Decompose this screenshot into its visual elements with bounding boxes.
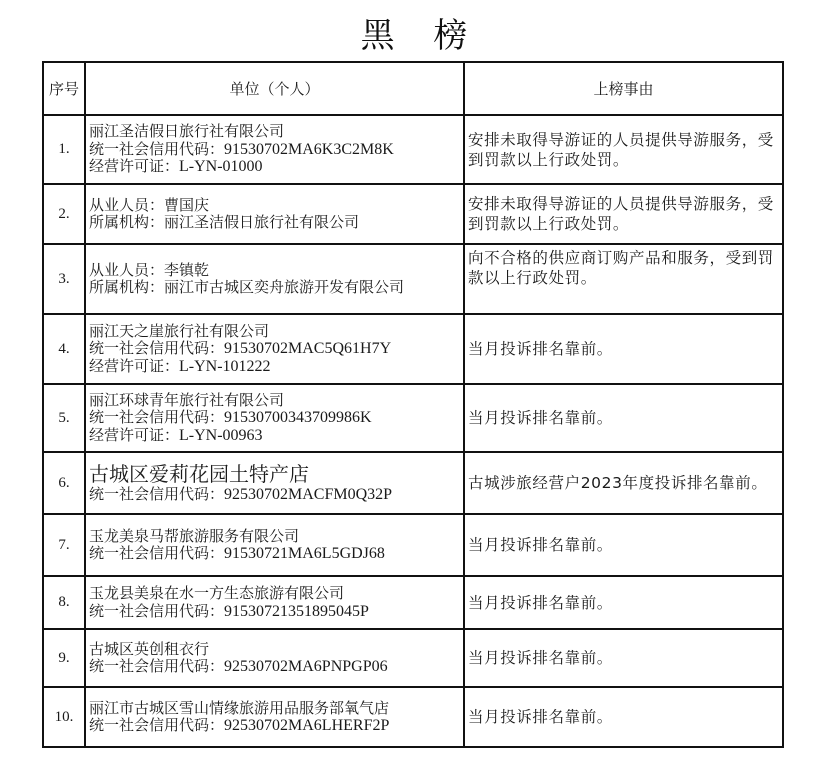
credit-code: 统一社会信用代码：92530702MA6LHERF2P <box>89 717 460 735</box>
table-row: 7. 玉龙美泉马帮旅游服务有限公司 统一社会信用代码：91530721MA6L5… <box>43 514 783 576</box>
table-row: 8. 玉龙县美泉在水一方生态旅游有限公司 统一社会信用代码：9153072135… <box>43 576 783 629</box>
reason-cell: 当月投诉排名靠前。 <box>464 514 783 576</box>
practitioner: 从业人员：李镇乾 <box>89 262 460 280</box>
reason-cell: 当月投诉排名靠前。 <box>464 576 783 629</box>
unit-name: 丽江环球青年旅行社有限公司 <box>89 392 460 410</box>
table-row: 4. 丽江天之崖旅行社有限公司 统一社会信用代码：91530702MAC5Q61… <box>43 314 783 384</box>
unit-cell: 从业人员：李镇乾 所属机构：丽江市古城区奕舟旅游开发有限公司 <box>85 244 464 314</box>
unit-cell: 丽江市古城区雪山情缘旅游用品服务部氧气店 统一社会信用代码：92530702MA… <box>85 687 464 747</box>
column-header-reason: 上榜事由 <box>464 62 783 115</box>
reason-cell: 当月投诉排名靠前。 <box>464 384 783 452</box>
row-number: 7. <box>43 514 85 576</box>
unit-cell: 玉龙美泉马帮旅游服务有限公司 统一社会信用代码：91530721MA6L5GDJ… <box>85 514 464 576</box>
affiliated-org: 所属机构：丽江市古城区奕舟旅游开发有限公司 <box>89 279 460 297</box>
reason-cell: 安排未取得导游证的人员提供导游服务，受到罚款以上行政处罚。 <box>464 115 783 184</box>
row-number: 3. <box>43 244 85 314</box>
table-row: 10. 丽江市古城区雪山情缘旅游用品服务部氧气店 统一社会信用代码：925307… <box>43 687 783 747</box>
unit-name: 古城区英创租衣行 <box>89 641 460 659</box>
unit-name: 古城区爱莉花园土特产店 <box>89 462 460 486</box>
table-row: 2. 从业人员：曹国庆 所属机构：丽江圣洁假日旅行社有限公司 安排未取得导游证的… <box>43 184 783 244</box>
table-row: 6. 古城区爱莉花园土特产店 统一社会信用代码：92530702MACFM0Q3… <box>43 452 783 514</box>
table-row: 1. 丽江圣洁假日旅行社有限公司 统一社会信用代码：91530702MA6K3C… <box>43 115 783 184</box>
blacklist-table: 序号 单位（个人） 上榜事由 1. 丽江圣洁假日旅行社有限公司 统一社会信用代码… <box>42 61 784 748</box>
reason-cell: 古城涉旅经营户2023年度投诉排名靠前。 <box>464 452 783 514</box>
row-number: 6. <box>43 452 85 514</box>
column-header-no: 序号 <box>43 62 85 115</box>
row-number: 9. <box>43 629 85 687</box>
row-number: 5. <box>43 384 85 452</box>
business-license: 经营许可证：L-YN-00963 <box>89 427 460 445</box>
row-number: 4. <box>43 314 85 384</box>
credit-code: 统一社会信用代码：91530702MAC5Q61H7Y <box>89 340 460 358</box>
reason-cell: 当月投诉排名靠前。 <box>464 687 783 747</box>
credit-code: 统一社会信用代码：92530702MACFM0Q32P <box>89 486 460 504</box>
credit-code: 统一社会信用代码：91530721MA6L5GDJ68 <box>89 545 460 563</box>
reason-cell: 安排未取得导游证的人员提供导游服务，受到罚款以上行政处罚。 <box>464 184 783 244</box>
unit-cell: 古城区爱莉花园土特产店 统一社会信用代码：92530702MACFM0Q32P <box>85 452 464 514</box>
credit-code: 统一社会信用代码：91530702MA6K3C2M8K <box>89 141 460 159</box>
unit-name: 丽江圣洁假日旅行社有限公司 <box>89 123 460 141</box>
unit-name: 玉龙县美泉在水一方生态旅游有限公司 <box>89 585 460 603</box>
unit-name: 丽江市古城区雪山情缘旅游用品服务部氧气店 <box>89 700 460 718</box>
affiliated-org: 所属机构：丽江圣洁假日旅行社有限公司 <box>89 214 460 232</box>
unit-cell: 丽江环球青年旅行社有限公司 统一社会信用代码：91530700343709986… <box>85 384 464 452</box>
table-row: 3. 从业人员：李镇乾 所属机构：丽江市古城区奕舟旅游开发有限公司 向不合格的供… <box>43 244 783 314</box>
unit-name: 玉龙美泉马帮旅游服务有限公司 <box>89 528 460 546</box>
unit-cell: 从业人员：曹国庆 所属机构：丽江圣洁假日旅行社有限公司 <box>85 184 464 244</box>
row-number: 10. <box>43 687 85 747</box>
page-title: 黑 榜 <box>0 14 828 58</box>
reason-cell: 当月投诉排名靠前。 <box>464 629 783 687</box>
row-number: 2. <box>43 184 85 244</box>
unit-cell: 丽江天之崖旅行社有限公司 统一社会信用代码：91530702MAC5Q61H7Y… <box>85 314 464 384</box>
credit-code: 统一社会信用代码：91530721351895045P <box>89 603 460 621</box>
business-license: 经营许可证：L-YN-01000 <box>89 158 460 176</box>
unit-cell: 丽江圣洁假日旅行社有限公司 统一社会信用代码：91530702MA6K3C2M8… <box>85 115 464 184</box>
reason-cell: 向不合格的供应商订购产品和服务，受到罚款以上行政处罚。 <box>464 244 783 314</box>
row-number: 8. <box>43 576 85 629</box>
row-number: 1. <box>43 115 85 184</box>
table-row: 5. 丽江环球青年旅行社有限公司 统一社会信用代码：91530700343709… <box>43 384 783 452</box>
practitioner: 从业人员：曹国庆 <box>89 197 460 215</box>
column-header-unit: 单位（个人） <box>85 62 464 115</box>
business-license: 经营许可证：L-YN-101222 <box>89 358 460 376</box>
credit-code: 统一社会信用代码：92530702MA6PNPGP06 <box>89 658 460 676</box>
unit-cell: 古城区英创租衣行 统一社会信用代码：92530702MA6PNPGP06 <box>85 629 464 687</box>
unit-cell: 玉龙县美泉在水一方生态旅游有限公司 统一社会信用代码：9153072135189… <box>85 576 464 629</box>
unit-name: 丽江天之崖旅行社有限公司 <box>89 323 460 341</box>
reason-cell: 当月投诉排名靠前。 <box>464 314 783 384</box>
credit-code: 统一社会信用代码：91530700343709986K <box>89 409 460 427</box>
table-row: 9. 古城区英创租衣行 统一社会信用代码：92530702MA6PNPGP06 … <box>43 629 783 687</box>
table-header-row: 序号 单位（个人） 上榜事由 <box>43 62 783 115</box>
